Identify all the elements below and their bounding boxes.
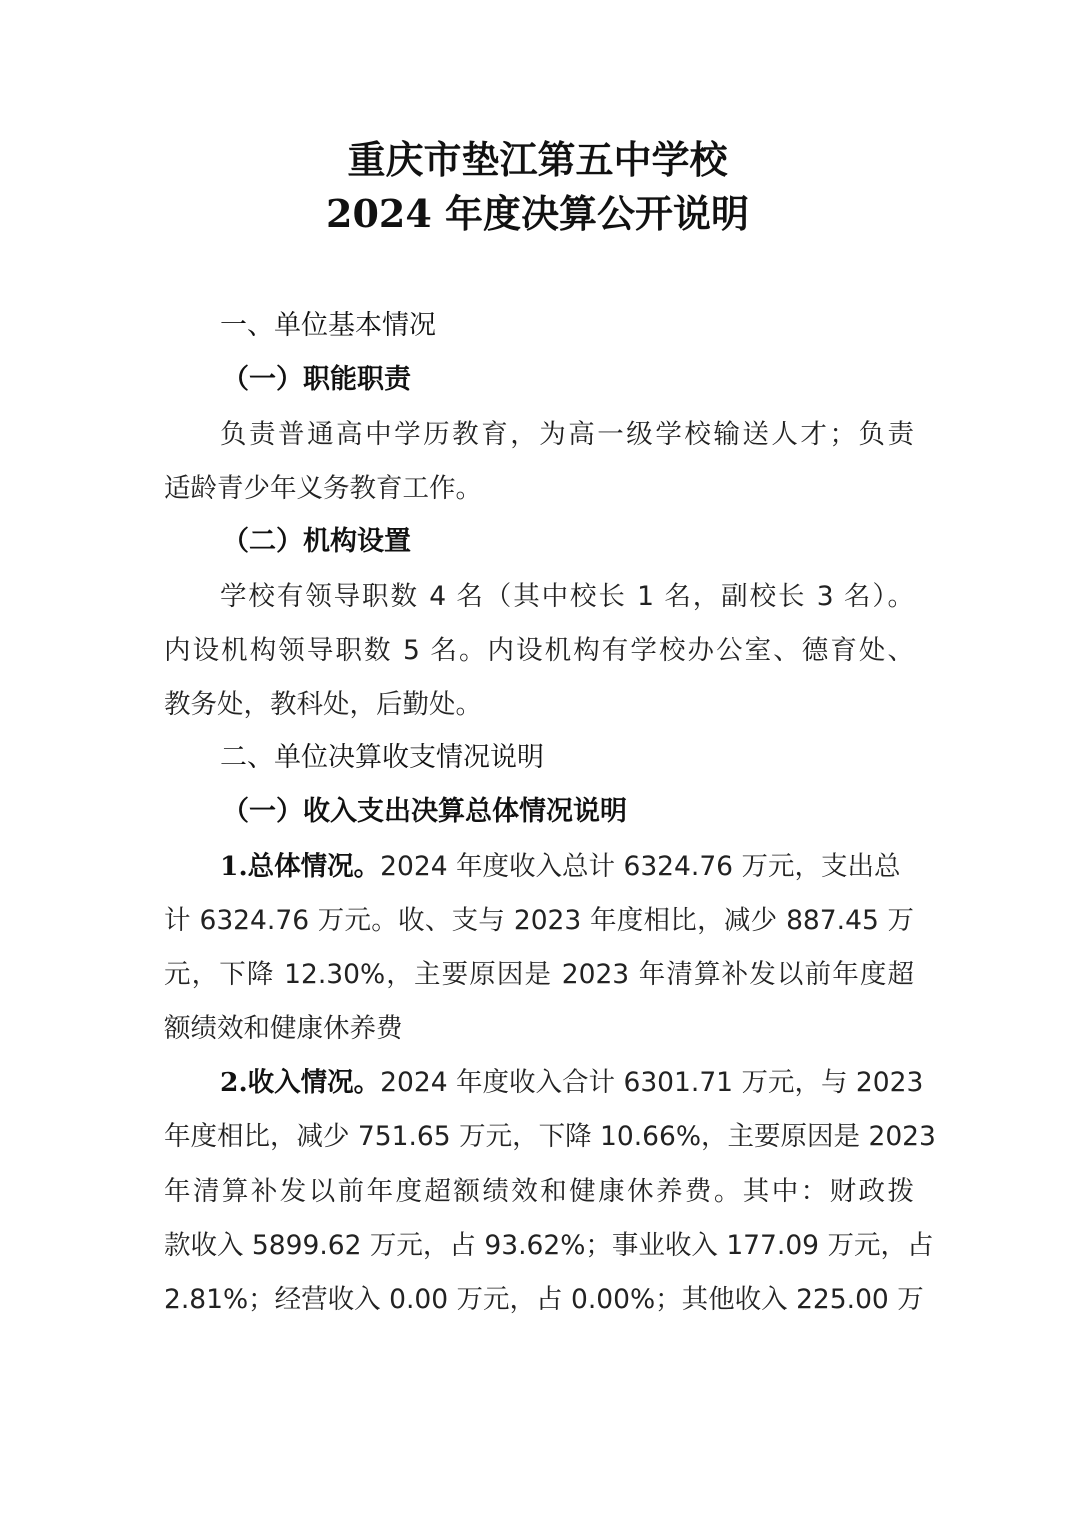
section1-sub2-text-line: 教务处，教科处，后勤处。	[164, 688, 914, 722]
section1-sub2-heading: （二）机构设置	[222, 525, 916, 559]
document-page: 重庆市垫江第五中学校 2024 年度决算公开说明 一、单位基本情况 （一）职能职…	[0, 0, 1075, 1520]
paragraph-income-line: 2.81%；经营收入 0.00 万元，占 0.00%；其他收入 225.00 万	[164, 1283, 914, 1317]
paragraph-overall-text: 2024 年度收入总计 6324.76 万元，支出总	[380, 851, 900, 882]
section1-sub2-text-line: 学校有领导职数 4 名（其中校长 1 名，副校长 3 名）。	[220, 580, 914, 614]
document-title-line2: 2024 年度决算公开说明	[0, 194, 1075, 234]
paragraph-income-line: 年度相比，减少 751.65 万元，下降 10.66%，主要原因是 2023	[164, 1120, 914, 1154]
section1-sub2-text-line: 内设机构领导职数 5 名。内设机构有学校办公室、德育处、	[164, 634, 914, 668]
paragraph-overall-line: 元，下降 12.30%，主要原因是 2023 年清算补发以前年度超	[164, 958, 914, 992]
paragraph-overall: 1.总体情况。2024 年度收入总计 6324.76 万元，支出总	[220, 850, 914, 884]
section1-sub1-text-line: 适龄青少年义务教育工作。	[164, 472, 914, 506]
paragraph-income-line: 年清算补发以前年度超额绩效和健康休养费。其中：财政拨	[164, 1175, 914, 1209]
paragraph-overall-line: 额绩效和健康休养费	[164, 1012, 914, 1046]
paragraph-overall-lead: 1.总体情况。	[220, 851, 380, 882]
section1-heading: 一、单位基本情况	[220, 309, 914, 343]
paragraph-income-lead: 2.收入情况。	[220, 1067, 380, 1098]
section2-heading: 二、单位决算收支情况说明	[220, 741, 914, 775]
paragraph-income-text: 2024 年度收入合计 6301.71 万元，与 2023	[380, 1067, 923, 1098]
document-title-line1: 重庆市垫江第五中学校	[0, 140, 1075, 180]
paragraph-income-line: 款收入 5899.62 万元，占 93.62%；事业收入 177.09 万元，占	[164, 1229, 914, 1263]
section1-sub1-heading: （一）职能职责	[222, 363, 916, 397]
section2-sub1-heading: （一）收入支出决算总体情况说明	[222, 795, 916, 829]
section1-sub1-text-line: 负责普通高中学历教育，为高一级学校输送人才；负责	[220, 418, 914, 452]
paragraph-overall-line: 计 6324.76 万元。收、支与 2023 年度相比，减少 887.45 万	[164, 904, 914, 938]
paragraph-income: 2.收入情况。2024 年度收入合计 6301.71 万元，与 2023	[220, 1066, 914, 1100]
